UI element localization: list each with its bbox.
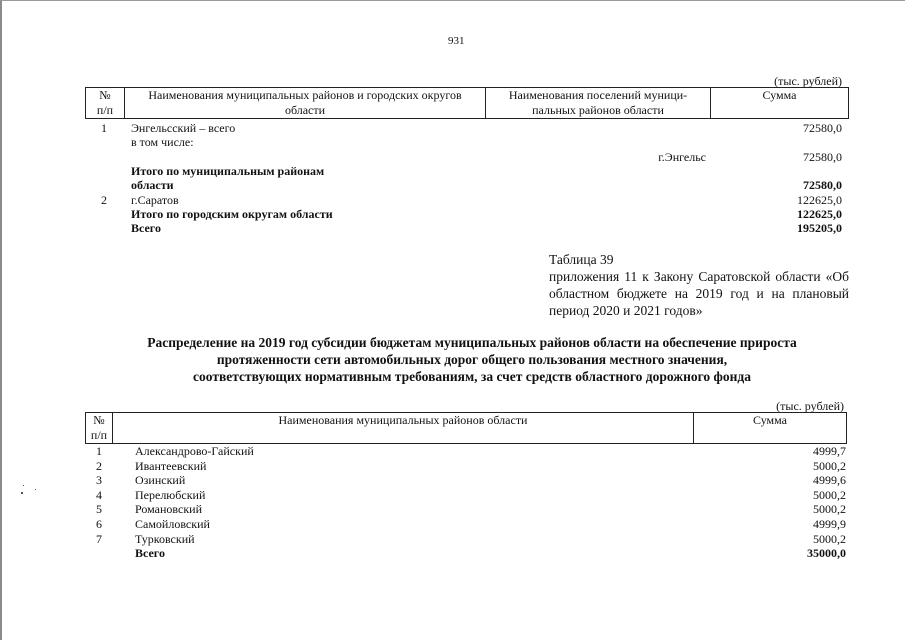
title-line-1: Распределение на 2019 год субсидии бюдже…	[92, 334, 852, 351]
row-name: Итого по городским округам области	[131, 207, 333, 221]
row-name: области	[131, 178, 174, 192]
row-name: Ивантеевский	[135, 459, 206, 473]
row-settlement: г.Энгельс	[642, 150, 706, 164]
table-total-row: Всего35000,0	[2, 546, 905, 560]
table2-header-district: Наименования муниципальных районов облас…	[113, 413, 694, 444]
row-num: 2	[94, 193, 114, 207]
row-name: Турковский	[135, 532, 195, 546]
row-sum: 5000,2	[726, 459, 846, 473]
row-name: Энгельсский – всего	[131, 121, 235, 135]
table1-header-sum: Сумма	[711, 88, 849, 119]
table-row: г.Энгельс72580,0	[2, 150, 905, 164]
table-row: 2Ивантеевский5000,2	[2, 459, 905, 473]
table2-header-sum: Сумма	[694, 413, 847, 444]
row-name: Перелюбский	[135, 488, 205, 502]
title-line-2: протяженности сети автомобильных дорог о…	[92, 351, 852, 368]
row-sum: 5000,2	[726, 502, 846, 516]
row-num: 1	[89, 444, 109, 458]
row-sum: 72580,0	[722, 150, 842, 164]
row-sum: 4999,7	[726, 444, 846, 458]
row-num: 7	[89, 532, 109, 546]
row-num: 3	[89, 473, 109, 487]
table-row: Итого по муниципальным районам	[2, 164, 905, 178]
table-row: Итого по городским округам области122625…	[2, 207, 905, 221]
header-num-line2: п/п	[88, 428, 110, 443]
row-sum: 195205,0	[722, 221, 842, 235]
header-district-line2: области	[127, 103, 483, 118]
table-row: Всего195205,0	[2, 221, 905, 235]
row-sum: 122625,0	[722, 193, 842, 207]
row-name: Итого по муниципальным районам	[131, 164, 324, 178]
caption-table-label: Таблица 39	[549, 251, 849, 268]
row-name: Озинский	[135, 473, 185, 487]
row-num: 6	[89, 517, 109, 531]
row-sum: 4999,9	[726, 517, 846, 531]
table-row: 1Александрово-Гайский4999,7	[2, 444, 905, 458]
header-settlement-line2: пальных районов области	[488, 103, 708, 118]
row-sum: 122625,0	[722, 207, 842, 221]
header-settlement-line1: Наименования поселений муници-	[488, 88, 708, 103]
table-row: 4Перелюбский5000,2	[2, 488, 905, 502]
table1-header-num: № п/п	[86, 88, 125, 119]
table1-header-district: Наименования муниципальных районов и гор…	[125, 88, 486, 119]
row-sum: 5000,2	[726, 488, 846, 502]
row-sum: 72580,0	[722, 121, 842, 135]
total-label: Всего	[135, 546, 165, 560]
header-num-line1: №	[88, 413, 110, 428]
table-row: области72580,0	[2, 178, 905, 192]
scan-speck	[23, 485, 24, 486]
row-sum: 5000,2	[726, 532, 846, 546]
section-title: Распределение на 2019 год субсидии бюдже…	[92, 334, 852, 385]
title-line-3: соответствующих нормативным требованиям,…	[92, 368, 852, 385]
table-row: в том числе:	[2, 135, 905, 149]
table-row: 3Озинский4999,6	[2, 473, 905, 487]
row-name: г.Саратов	[131, 193, 179, 207]
table-row: 5Романовский5000,2	[2, 502, 905, 516]
total-sum: 35000,0	[726, 546, 846, 560]
row-sum: 72580,0	[722, 178, 842, 192]
table2-header: № п/п Наименования муниципальных районов…	[85, 412, 847, 444]
table-row: 1Энгельсский – всего72580,0	[2, 121, 905, 135]
row-sum: 4999,6	[726, 473, 846, 487]
page-number: 931	[448, 35, 465, 47]
table-caption: Таблица 39 приложения 11 к Закону Сарато…	[549, 251, 849, 319]
row-num: 2	[89, 459, 109, 473]
row-name: Самойловский	[135, 517, 210, 531]
table1-header: № п/п Наименования муниципальных районов…	[85, 87, 849, 119]
row-name: Романовский	[135, 502, 202, 516]
row-name: Всего	[131, 221, 161, 235]
row-name: Александрово-Гайский	[135, 444, 254, 458]
scan-speck	[21, 492, 23, 494]
table1-header-settlement: Наименования поселений муници- пальных р…	[486, 88, 711, 119]
table2-header-num: № п/п	[86, 413, 113, 444]
header-district-line1: Наименования муниципальных районов и гор…	[127, 88, 483, 103]
row-num: 1	[94, 121, 114, 135]
table-row: 7Турковский5000,2	[2, 532, 905, 546]
row-num: 4	[89, 488, 109, 502]
table-row: 6Самойловский4999,9	[2, 517, 905, 531]
header-num-line2: п/п	[88, 103, 122, 118]
header-num-line1: №	[88, 88, 122, 103]
scan-speck	[35, 489, 36, 490]
caption-text: приложения 11 к Закону Саратовской облас…	[549, 268, 849, 319]
row-name: в том числе:	[131, 135, 194, 149]
table-row: 2г.Саратов122625,0	[2, 193, 905, 207]
row-num: 5	[89, 502, 109, 516]
